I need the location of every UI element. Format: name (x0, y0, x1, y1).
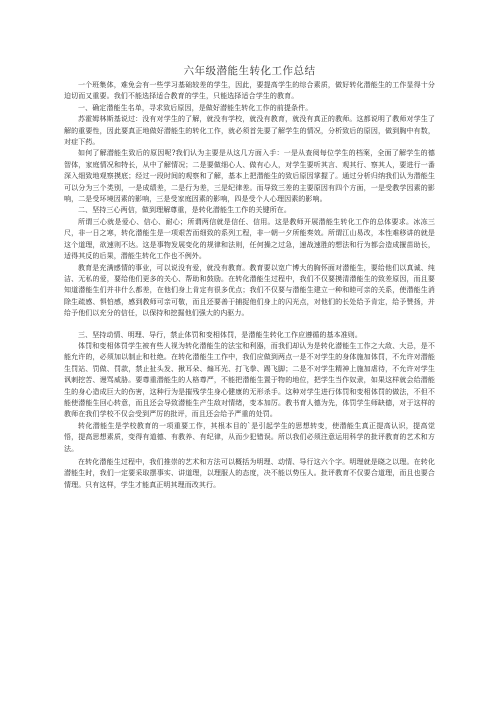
document-title: 六年级潜能生转化工作总结 (64, 64, 435, 78)
paragraph-intro: 一个班集体，难免会有一些学习基础较差的学生，因此，要提高学生的综合素质，做好转化… (64, 80, 435, 103)
paragraph: 苏霍姆林斯基说过：没有对学生的了解，就没有学校，就没有教育，就没有真正的教师。这… (64, 114, 435, 148)
paragraph: 体罚和变相体罚学生被有些人视为转化潜能生的法宝和利器，而我们却认为是转化潜能生工… (64, 341, 435, 421)
paragraph: 如何了解潜能生致后的原因呢?我们认为主要是从这几方面入手：一是从查阅每位学生的档… (64, 148, 435, 205)
paragraph: 转化潜能生是学校教育的一项重要工作，其根本目的`是引起学生的思想转变，使潜能生真… (64, 421, 435, 455)
section-heading-3: 三、坚持动情、明理、导行，禁止体罚和变相体罚，是潜能生转化工作应遵循的基本准则。 (64, 330, 435, 341)
document-page: 六年级潜能生转化工作总结 一个班集体，难免会有一些学习基础较差的学生，因此，要提… (64, 64, 435, 491)
paragraph: 教育是充满感情的事业，可以说没有爱，就没有教育。教育要以宽广博大的胸怀面对潜能生… (64, 263, 435, 320)
paragraph: 在转化潜能生过程中，我们推崇的艺术和方法可以概括为明理、动情、导行这六个字。明理… (64, 457, 435, 491)
section-heading-1: 一、确定潜能生名单，寻求致后原因，是做好潜能生转化工作的前提条件。 (64, 103, 435, 114)
paragraph: 所谓三心就是爱心、信心、耐心；所谓两信就是信任、信用。这是教师开展潜能生转化工作… (64, 217, 435, 263)
spacer (64, 320, 435, 330)
section-heading-2: 二、坚持三心两信，做到理解尊重，是转化潜能生工作的关键所在。 (64, 205, 435, 216)
